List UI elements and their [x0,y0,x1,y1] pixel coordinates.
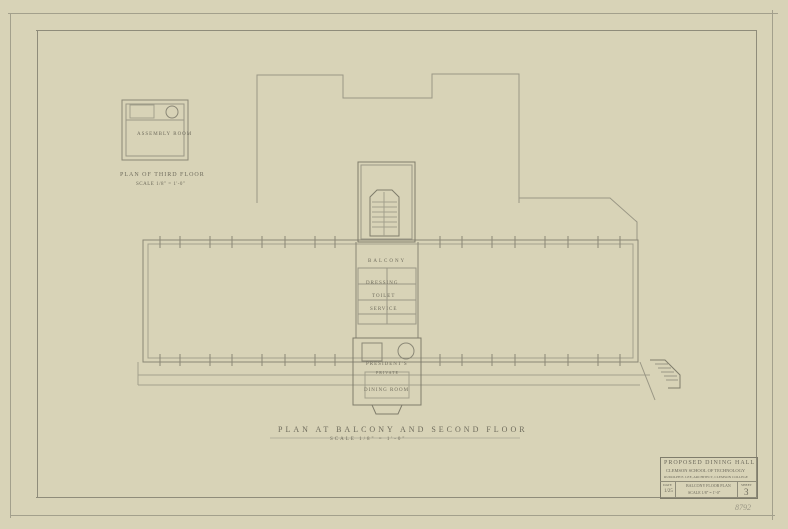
room-label-toilet: Toilet [372,294,395,299]
title-block-project: Proposed Dining Hall [664,460,755,466]
room-label-dressing: Dressing [366,281,398,286]
room-label-dining-room: Dining Room [364,388,409,393]
title-block-date: 1/25 [664,489,673,494]
drawing-scale: Scale 1/8" = 1'-0" [330,437,406,442]
room-label-balcony: Balcony [368,259,406,264]
inset-title: Plan of Third Floor [120,172,205,178]
title-block-client: Clemson School of Technology [666,468,745,473]
drawing-title: Plan at Balcony and Second Floor [278,425,528,434]
title-block-col1 [675,481,676,497]
room-label-presidents: President's [366,362,408,367]
title-block-sheet-scale: Scale 1/8" = 1'-0" [688,490,720,495]
room-label-service: Service [370,307,397,312]
title-block-date-label: Date [663,483,672,487]
title-block-sheet-number: 3 [744,487,749,497]
marginal-note: 8792 [735,503,751,512]
inset-room-label: Assembly Room [137,132,192,137]
title-block-architects: Rudolph E. Lee, Architect, Clemson Colle… [664,475,748,479]
title-block-sheet-desc: Balcony Floor Plan [686,483,731,488]
title-block-col2 [737,481,738,497]
drawing-sheet: Assembly Room Plan of Third Floor Scale … [0,0,788,529]
room-label-private: Private [376,370,399,375]
floor-plan-drawing [0,0,788,529]
inset-scale: Scale 1/8" = 1'-0" [136,182,185,187]
